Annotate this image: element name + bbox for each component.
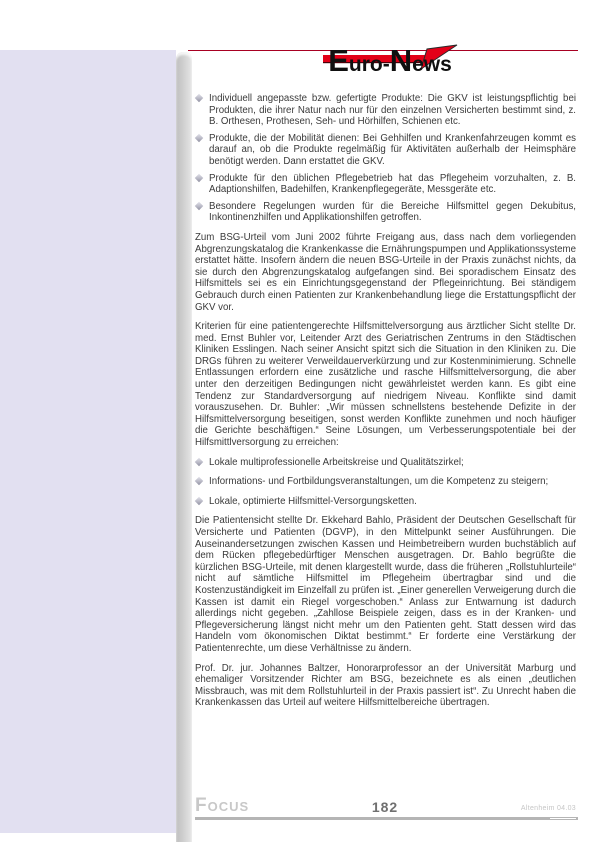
list-item: Informations- und Fortbildungsveranstalt… [195, 476, 576, 488]
list-item: Produkte, die der Mobilität dienen: Bei … [195, 133, 576, 168]
article-body: Individuell angepasste bzw. gefertigte P… [195, 93, 576, 717]
paragraph-kriterien: Kriterien für eine patientengerechte Hil… [195, 321, 576, 449]
footer-rule [195, 817, 578, 820]
list-item: Besondere Regelungen wurden für die Bere… [195, 201, 576, 224]
list-item: Produkte für den üblichen Pflegebetrieb … [195, 173, 576, 196]
diamond-bullet-icon [195, 134, 203, 142]
aid-product-list: Individuell angepasste bzw. gefertigte P… [195, 93, 576, 224]
logo-title: Euro-News [305, 44, 475, 84]
page-gutter-shadow [176, 52, 192, 842]
page-footer: FOCUS 182 Altenheim 04.03 [195, 796, 578, 826]
magazine-section-label: FOCUS [195, 796, 249, 817]
logo-letter-n: N [390, 43, 412, 78]
page-number: 182 [345, 799, 425, 815]
paragraph-patientensicht: Die Patientensicht stellte Dr. Ekkehard … [195, 515, 576, 654]
list-item-text: Produkte für den üblichen Pflegebetrieb … [209, 173, 576, 196]
diamond-bullet-icon [195, 497, 203, 505]
solutions-list: Lokale multiprofessionelle Arbeitskreise… [195, 457, 576, 508]
list-item: Individuell angepasste bzw. gefertigte P… [195, 93, 576, 128]
list-item-text: Besondere Regelungen wurden für die Bere… [209, 201, 576, 224]
paragraph-baltzer: Prof. Dr. jur. Johannes Baltzer, Honorar… [195, 663, 576, 709]
list-item-text: Informations- und Fortbildungsveranstalt… [209, 476, 548, 487]
list-item: Lokale, optimierte Hilfsmittel-Versorgun… [195, 496, 576, 508]
list-item: Lokale multiprofessionelle Arbeitskreise… [195, 457, 576, 469]
list-item-text: Produkte, die der Mobilität dienen: Bei … [209, 133, 576, 167]
issue-label: Altenheim 04.03 [521, 805, 576, 812]
list-item-text: Individuell angepasste bzw. gefertigte P… [209, 93, 576, 127]
left-margin-panel [0, 50, 176, 833]
diamond-bullet-icon [195, 94, 203, 102]
logo-letter-e: E [328, 43, 349, 78]
diamond-bullet-icon [195, 477, 203, 485]
paragraph-bsg-urteil: Zum BSG-Urteil vom Juni 2002 führte Frei… [195, 232, 576, 313]
diamond-bullet-icon [195, 173, 203, 181]
list-item-text: Lokale, optimierte Hilfsmittel-Versorgun… [209, 496, 417, 507]
footer-rule-slit [550, 818, 576, 819]
list-item-text: Lokale multiprofessionelle Arbeitskreise… [209, 457, 464, 468]
diamond-bullet-icon [195, 457, 203, 465]
euro-news-logo: Euro-News [305, 36, 475, 84]
diamond-bullet-icon [195, 202, 203, 210]
